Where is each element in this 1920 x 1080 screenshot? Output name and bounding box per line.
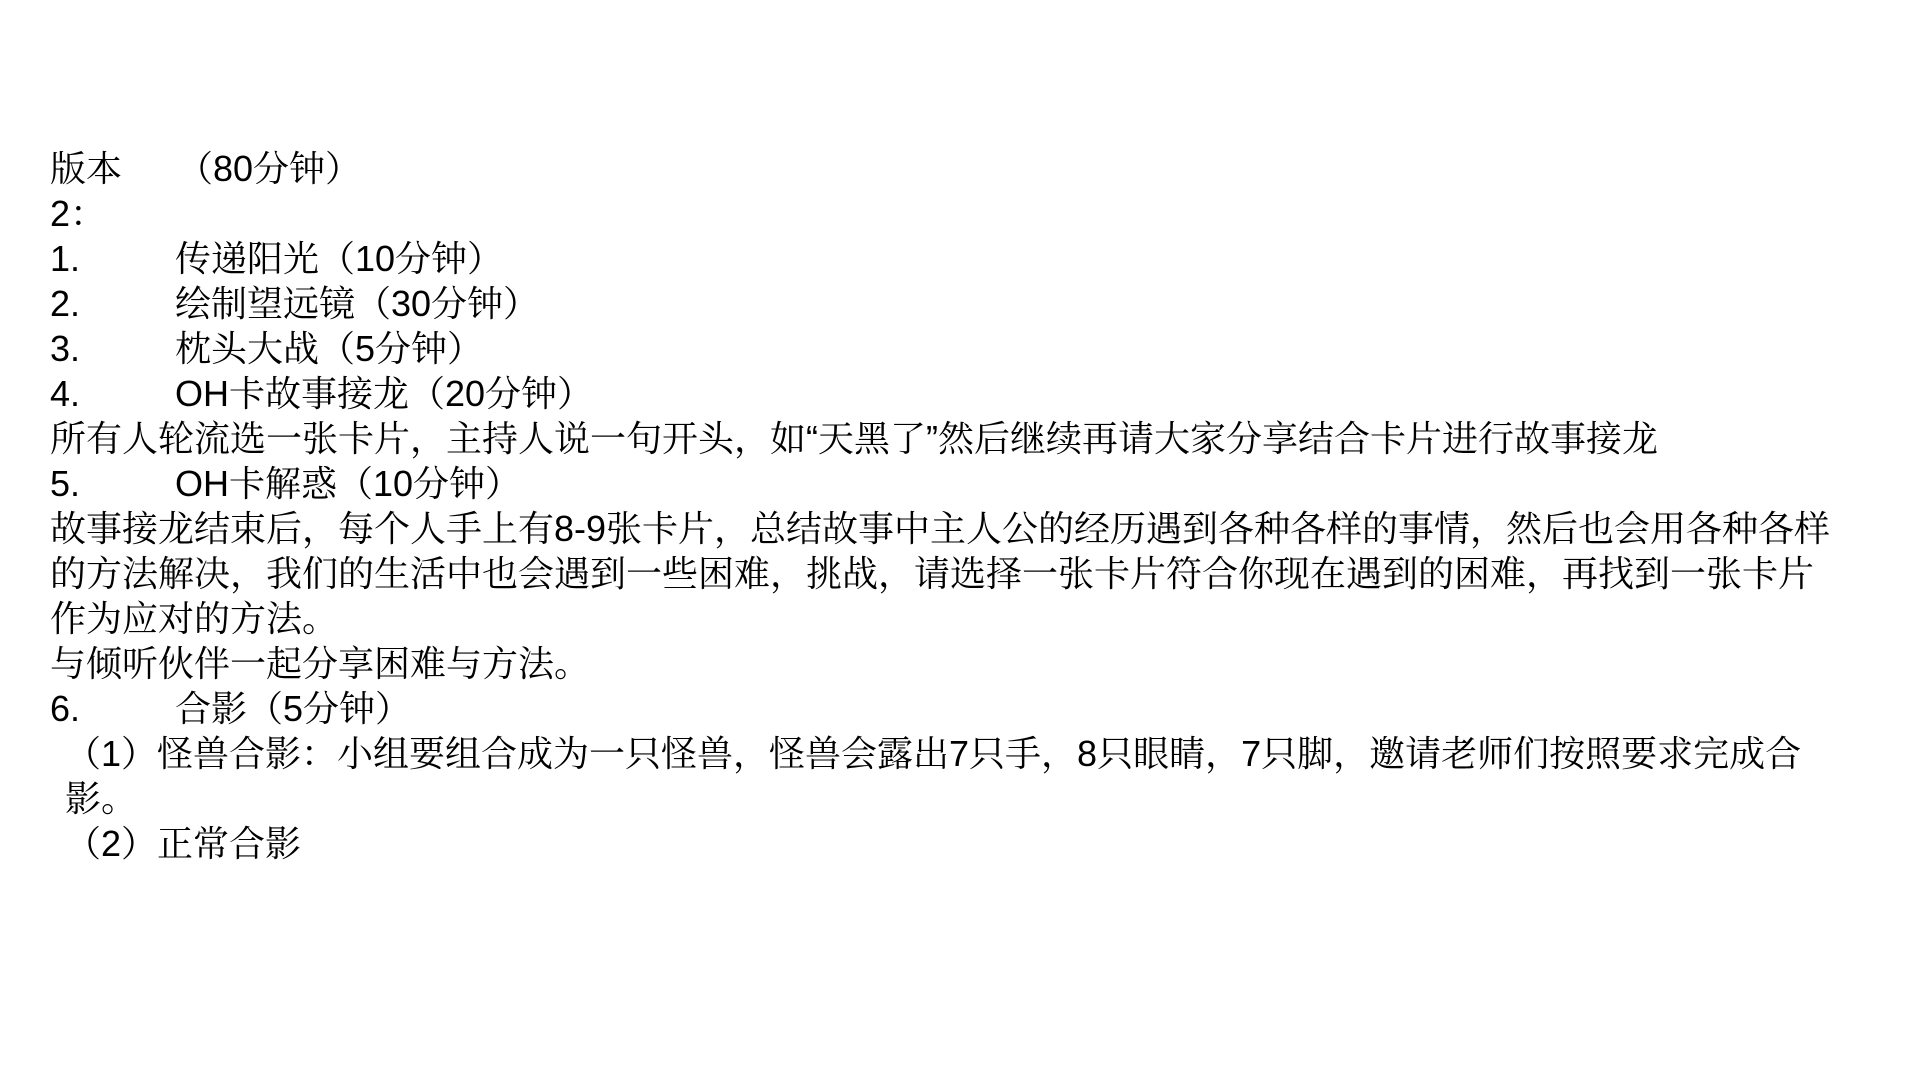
agenda-item-5-number: 5. <box>50 461 175 506</box>
agenda-item-3: 3. 枕头大战（5分钟） <box>50 326 1850 371</box>
agenda-item-2: 2. 绘制望远镜（30分钟） <box>50 281 1850 326</box>
agenda-item-3-number: 3. <box>50 326 175 371</box>
agenda-item-3-text: 枕头大战（5分钟） <box>175 326 1850 371</box>
photo-option-1-label: （1） <box>65 733 157 774</box>
photo-option-1: （1）怪兽合影：小组要组合成为一只怪兽，怪兽会露出7只手，8只眼睛，7只脚，邀请… <box>50 731 1850 821</box>
version-heading: 版本2： （80分钟） <box>50 146 1850 236</box>
agenda-item-1-text: 传递阳光（10分钟） <box>175 236 1850 281</box>
agenda-item-1: 1. 传递阳光（10分钟） <box>50 236 1850 281</box>
note-share: 与倾听伙伴一起分享困难与方法。 <box>50 641 1840 686</box>
photo-option-2-label: （2） <box>65 823 157 864</box>
agenda-item-4-text: OH卡故事接龙（20分钟） <box>175 371 1850 416</box>
photo-option-1-text: 怪兽合影：小组要组合成为一只怪兽，怪兽会露出7只手，8只眼睛，7只脚，邀请老师们… <box>65 733 1801 819</box>
agenda-item-6-number: 6. <box>50 686 175 731</box>
agenda-item-6: 6. 合影（5分钟） <box>50 686 1850 731</box>
version-heading-duration: （80分钟） <box>177 146 361 191</box>
photo-option-2: （2）正常合影 <box>50 821 1850 866</box>
agenda-item-2-number: 2. <box>50 281 175 326</box>
document-content: 版本2： （80分钟） 1. 传递阳光（10分钟） 2. 绘制望远镜（30分钟）… <box>50 146 1850 866</box>
document-page[interactable]: 版本2： （80分钟） 1. 传递阳光（10分钟） 2. 绘制望远镜（30分钟）… <box>0 0 1920 1080</box>
version-heading-label: 版本2： <box>50 146 177 236</box>
note-story-chain: 所有人轮流选一张卡片，主持人说一句开头，如“天黑了”然后继续再请大家分享结合卡片… <box>50 416 1840 461</box>
agenda-item-5: 5. OH卡解惑（10分钟） <box>50 461 1850 506</box>
agenda-item-2-text: 绘制望远镜（30分钟） <box>175 281 1850 326</box>
photo-option-2-text: 正常合影 <box>157 823 301 864</box>
note-card-reflection: 故事接龙结束后，每个人手上有8-9张卡片，总结故事中主人公的经历遇到各种各样的事… <box>50 506 1840 641</box>
agenda-item-4: 4. OH卡故事接龙（20分钟） <box>50 371 1850 416</box>
agenda-item-5-text: OH卡解惑（10分钟） <box>175 461 1850 506</box>
agenda-item-1-number: 1. <box>50 236 175 281</box>
agenda-item-4-number: 4. <box>50 371 175 416</box>
agenda-item-6-text: 合影（5分钟） <box>175 686 1850 731</box>
